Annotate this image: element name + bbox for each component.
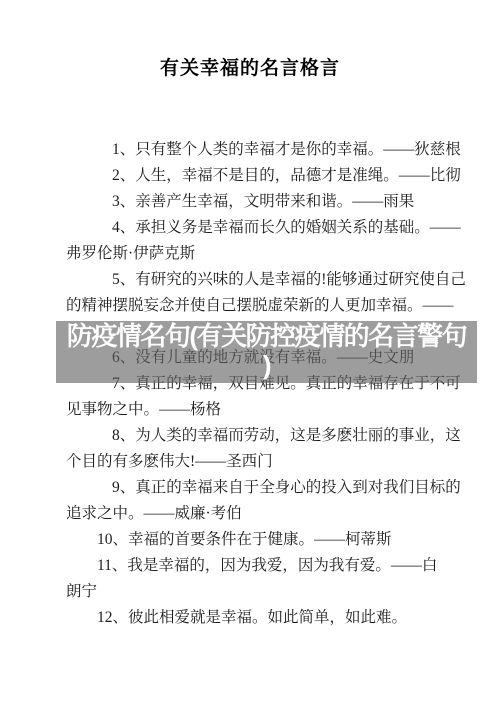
quote-line: 4、承担义务是幸福而长久的婚姻关系的基础。—— — [66, 215, 462, 241]
quote-item: 3、亲善产生幸福，文明带来和谐。——雨果 — [66, 189, 462, 215]
quote-item: 8、为人类的幸福而劳动，这是多麽壮丽的事业，这个目的有多麽伟大!——圣西门 — [66, 423, 462, 475]
watermark-line2: ) — [56, 351, 477, 380]
quote-line: 8、为人类的幸福而劳动，这是多麽壮丽的事业，这 — [66, 423, 462, 449]
watermark-banner: 防疫情名句(有关防控疫情的名言警句 ) — [56, 321, 477, 383]
quote-line: 2、人生，幸福不是目的，品德才是准绳。——比彻 — [66, 163, 462, 189]
quote-list: 1、只有整个人类的幸福才是你的幸福。——狄慈根2、人生，幸福不是目的，品德才是准… — [0, 137, 500, 631]
quote-line: 个目的有多麽伟大!——圣西门 — [66, 449, 462, 475]
quote-line: 1、只有整个人类的幸福才是你的幸福。——狄慈根 — [66, 137, 462, 163]
document-title: 有关幸福的名言格言 — [0, 0, 500, 82]
quote-item: 10、幸福的首要条件在于健康。——柯蒂斯 — [66, 527, 462, 553]
quote-line: 9、真正的幸福来自于全身心的投入到对我们目标的 — [66, 475, 462, 501]
quote-item: 11、我是幸福的，因为我爱，因为我有爱。——白朗宁 — [66, 553, 462, 605]
quote-line: 3、亲善产生幸福，文明带来和谐。——雨果 — [66, 189, 462, 215]
quote-line: 12、彼此相爱就是幸福。如此简单，如此难。 — [66, 605, 462, 631]
watermark-line1: 防疫情名句(有关防控疫情的名言警句 — [56, 322, 477, 351]
quote-line: 11、我是幸福的，因为我爱，因为我有爱。——白 — [66, 553, 462, 579]
quote-item: 1、只有整个人类的幸福才是你的幸福。——狄慈根 — [66, 137, 462, 163]
quote-line: 见事物之中。——杨格 — [66, 397, 462, 423]
quote-item: 12、彼此相爱就是幸福。如此简单，如此难。 — [66, 605, 462, 631]
document-page: 有关幸福的名言格言 1、只有整个人类的幸福才是你的幸福。——狄慈根2、人生，幸福… — [0, 0, 500, 706]
quote-line: 弗罗伦斯·伊萨克斯 — [66, 241, 462, 267]
quote-item: 2、人生，幸福不是目的，品德才是准绳。——比彻 — [66, 163, 462, 189]
quote-line: 10、幸福的首要条件在于健康。——柯蒂斯 — [66, 527, 462, 553]
quote-item: 5、有研究的兴味的人是幸福的!能够通过研究使自己的精神摆脱妄念并使自己摆脱虚荣新… — [66, 267, 462, 319]
quote-line: 5、有研究的兴味的人是幸福的!能够通过研究使自己 — [66, 267, 462, 293]
quote-item: 4、承担义务是幸福而长久的婚姻关系的基础。——弗罗伦斯·伊萨克斯 — [66, 215, 462, 267]
quote-item: 9、真正的幸福来自于全身心的投入到对我们目标的追求之中。——威廉·考伯 — [66, 475, 462, 527]
quote-line: 朗宁 — [66, 579, 462, 605]
quote-line: 的精神摆脱妄念并使自己摆脱虚荣新的人更加幸福。—— — [66, 293, 462, 319]
quote-line: 追求之中。——威廉·考伯 — [66, 501, 462, 527]
